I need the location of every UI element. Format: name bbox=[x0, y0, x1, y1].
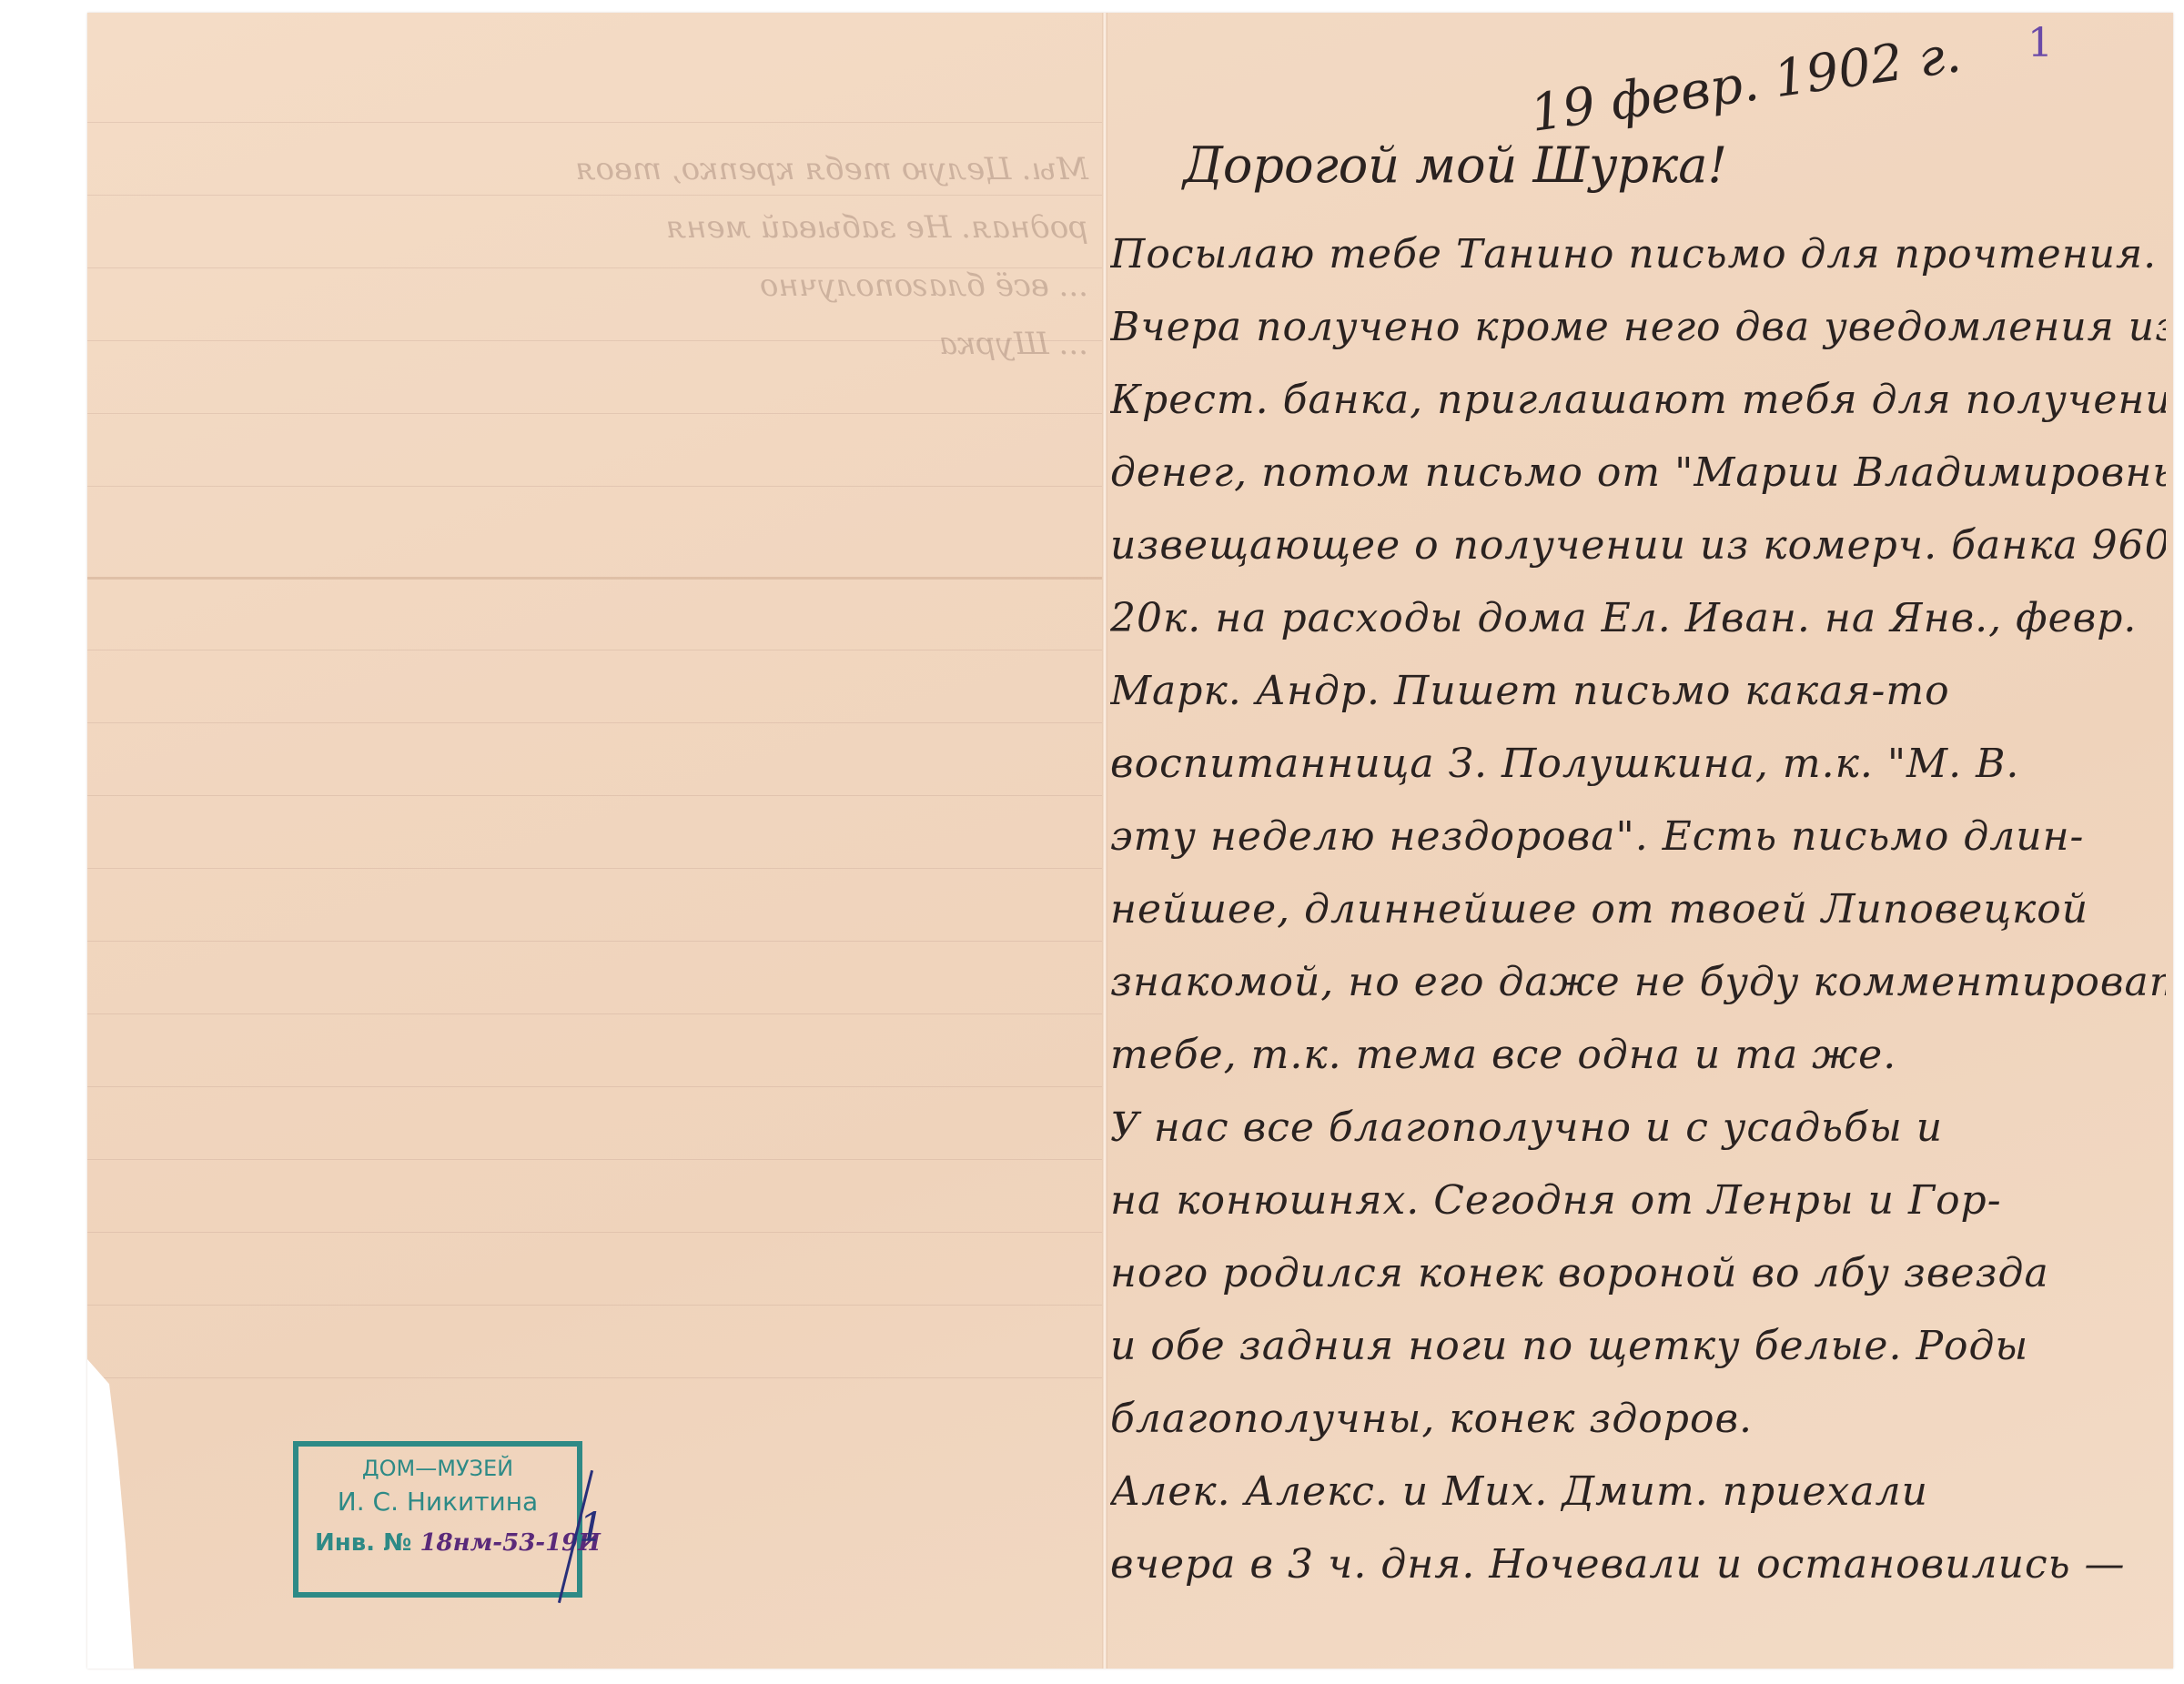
body-line: вчера в 3 ч. дня. Ночевали и остановилис… bbox=[1110, 1528, 2166, 1601]
body-line: Посылаю тебе Танино письмо для прочтения… bbox=[1110, 218, 2166, 291]
stamp-museum-name: И. С. Никитина bbox=[298, 1487, 577, 1517]
ruled-line bbox=[87, 1377, 1102, 1378]
ruled-line bbox=[87, 941, 1102, 942]
ruled-line bbox=[87, 122, 1102, 123]
body-line: 20к. на расходы дома Ел. Иван. на Янв., … bbox=[1110, 582, 2166, 655]
stamp-inventory: Инв. № 18нм-53-19И bbox=[298, 1529, 577, 1557]
museum-stamp: ДОМ—МУЗЕЙ И. С. Никитина Инв. № 18нм-53-… bbox=[293, 1441, 582, 1598]
page-number: 1 bbox=[2027, 20, 2053, 66]
letter-date: 19 февр. 1902 г. bbox=[1527, 25, 1965, 144]
body-line: ного родился конек вороной во лбу звезда bbox=[1110, 1237, 2166, 1310]
body-line: Алек. Алекс. и Мих. Дмит. приехали bbox=[1110, 1456, 2166, 1528]
ruled-line bbox=[87, 1305, 1102, 1306]
ruled-line bbox=[87, 1013, 1102, 1014]
bleed-line: ... всё благополучно bbox=[788, 257, 1088, 315]
body-line: и обе задния ноги по щетку белые. Роды bbox=[1110, 1310, 2166, 1383]
body-line: Крест. банка, приглашают тебя для получе… bbox=[1110, 364, 2166, 437]
body-line: извещающее о получении из комерч. банка … bbox=[1110, 509, 2166, 582]
stamp-inventory-label: Инв. № bbox=[315, 1529, 411, 1557]
horizontal-fold bbox=[87, 577, 1102, 580]
center-fold bbox=[1102, 13, 1107, 1669]
body-line: нейшее, длиннейшее от твоей Липовецкой bbox=[1110, 873, 2166, 946]
ruled-line bbox=[87, 722, 1102, 723]
body-line: У нас все благополучно и с усадьбы и bbox=[1110, 1092, 2166, 1165]
reverse-side-bleed-through: Мы. Целую тебя крепко, твоя родная. Не з… bbox=[788, 140, 1088, 373]
ruled-line bbox=[87, 795, 1102, 796]
ruled-line bbox=[87, 1232, 1102, 1233]
stamp-museum-label: ДОМ—МУЗЕЙ bbox=[298, 1456, 577, 1481]
ruled-line bbox=[87, 413, 1102, 414]
body-line: эту неделю нездорова". Есть письмо длин- bbox=[1110, 801, 2166, 873]
body-line: Марк. Андр. Пишет письмо какая-то bbox=[1110, 655, 2166, 728]
body-line: на конюшнях. Сегодня от Ленры и Гор- bbox=[1110, 1165, 2166, 1237]
torn-corner bbox=[87, 1359, 142, 1669]
body-line: знакомой, но его даже не буду комментиро… bbox=[1110, 946, 2166, 1019]
letter-body: Посылаю тебе Танино письмо для прочтения… bbox=[1110, 218, 2166, 1601]
bleed-line: Мы. Целую тебя крепко, твоя bbox=[788, 140, 1088, 198]
body-line: благополучны, конек здоров. bbox=[1110, 1383, 2166, 1456]
body-line: денег, потом письмо от "Марии Владимиров… bbox=[1110, 437, 2166, 509]
letter-text-page: 1 19 февр. 1902 г. Дорогой мой Шурка! По… bbox=[1110, 0, 2166, 1656]
bleed-line: родная. Не забывай меня bbox=[788, 198, 1088, 257]
body-line: тебе, т.к. тема все одна и та же. bbox=[1110, 1019, 2166, 1092]
ruled-line bbox=[87, 486, 1102, 487]
ruled-line bbox=[87, 1159, 1102, 1160]
ruled-line bbox=[87, 650, 1102, 650]
body-line: воспитанница З. Полушкина, т.к. "М. В. bbox=[1110, 728, 2166, 801]
ruled-line bbox=[87, 868, 1102, 869]
letter-salutation: Дорогой мой Шурка! bbox=[1183, 136, 1727, 194]
ruled-line bbox=[87, 1086, 1102, 1087]
bleed-line: ... Шурка bbox=[788, 315, 1088, 373]
body-line: Вчера получено кроме него два уведомлени… bbox=[1110, 291, 2166, 364]
stamp-sheet-number: 1 bbox=[579, 1505, 604, 1551]
